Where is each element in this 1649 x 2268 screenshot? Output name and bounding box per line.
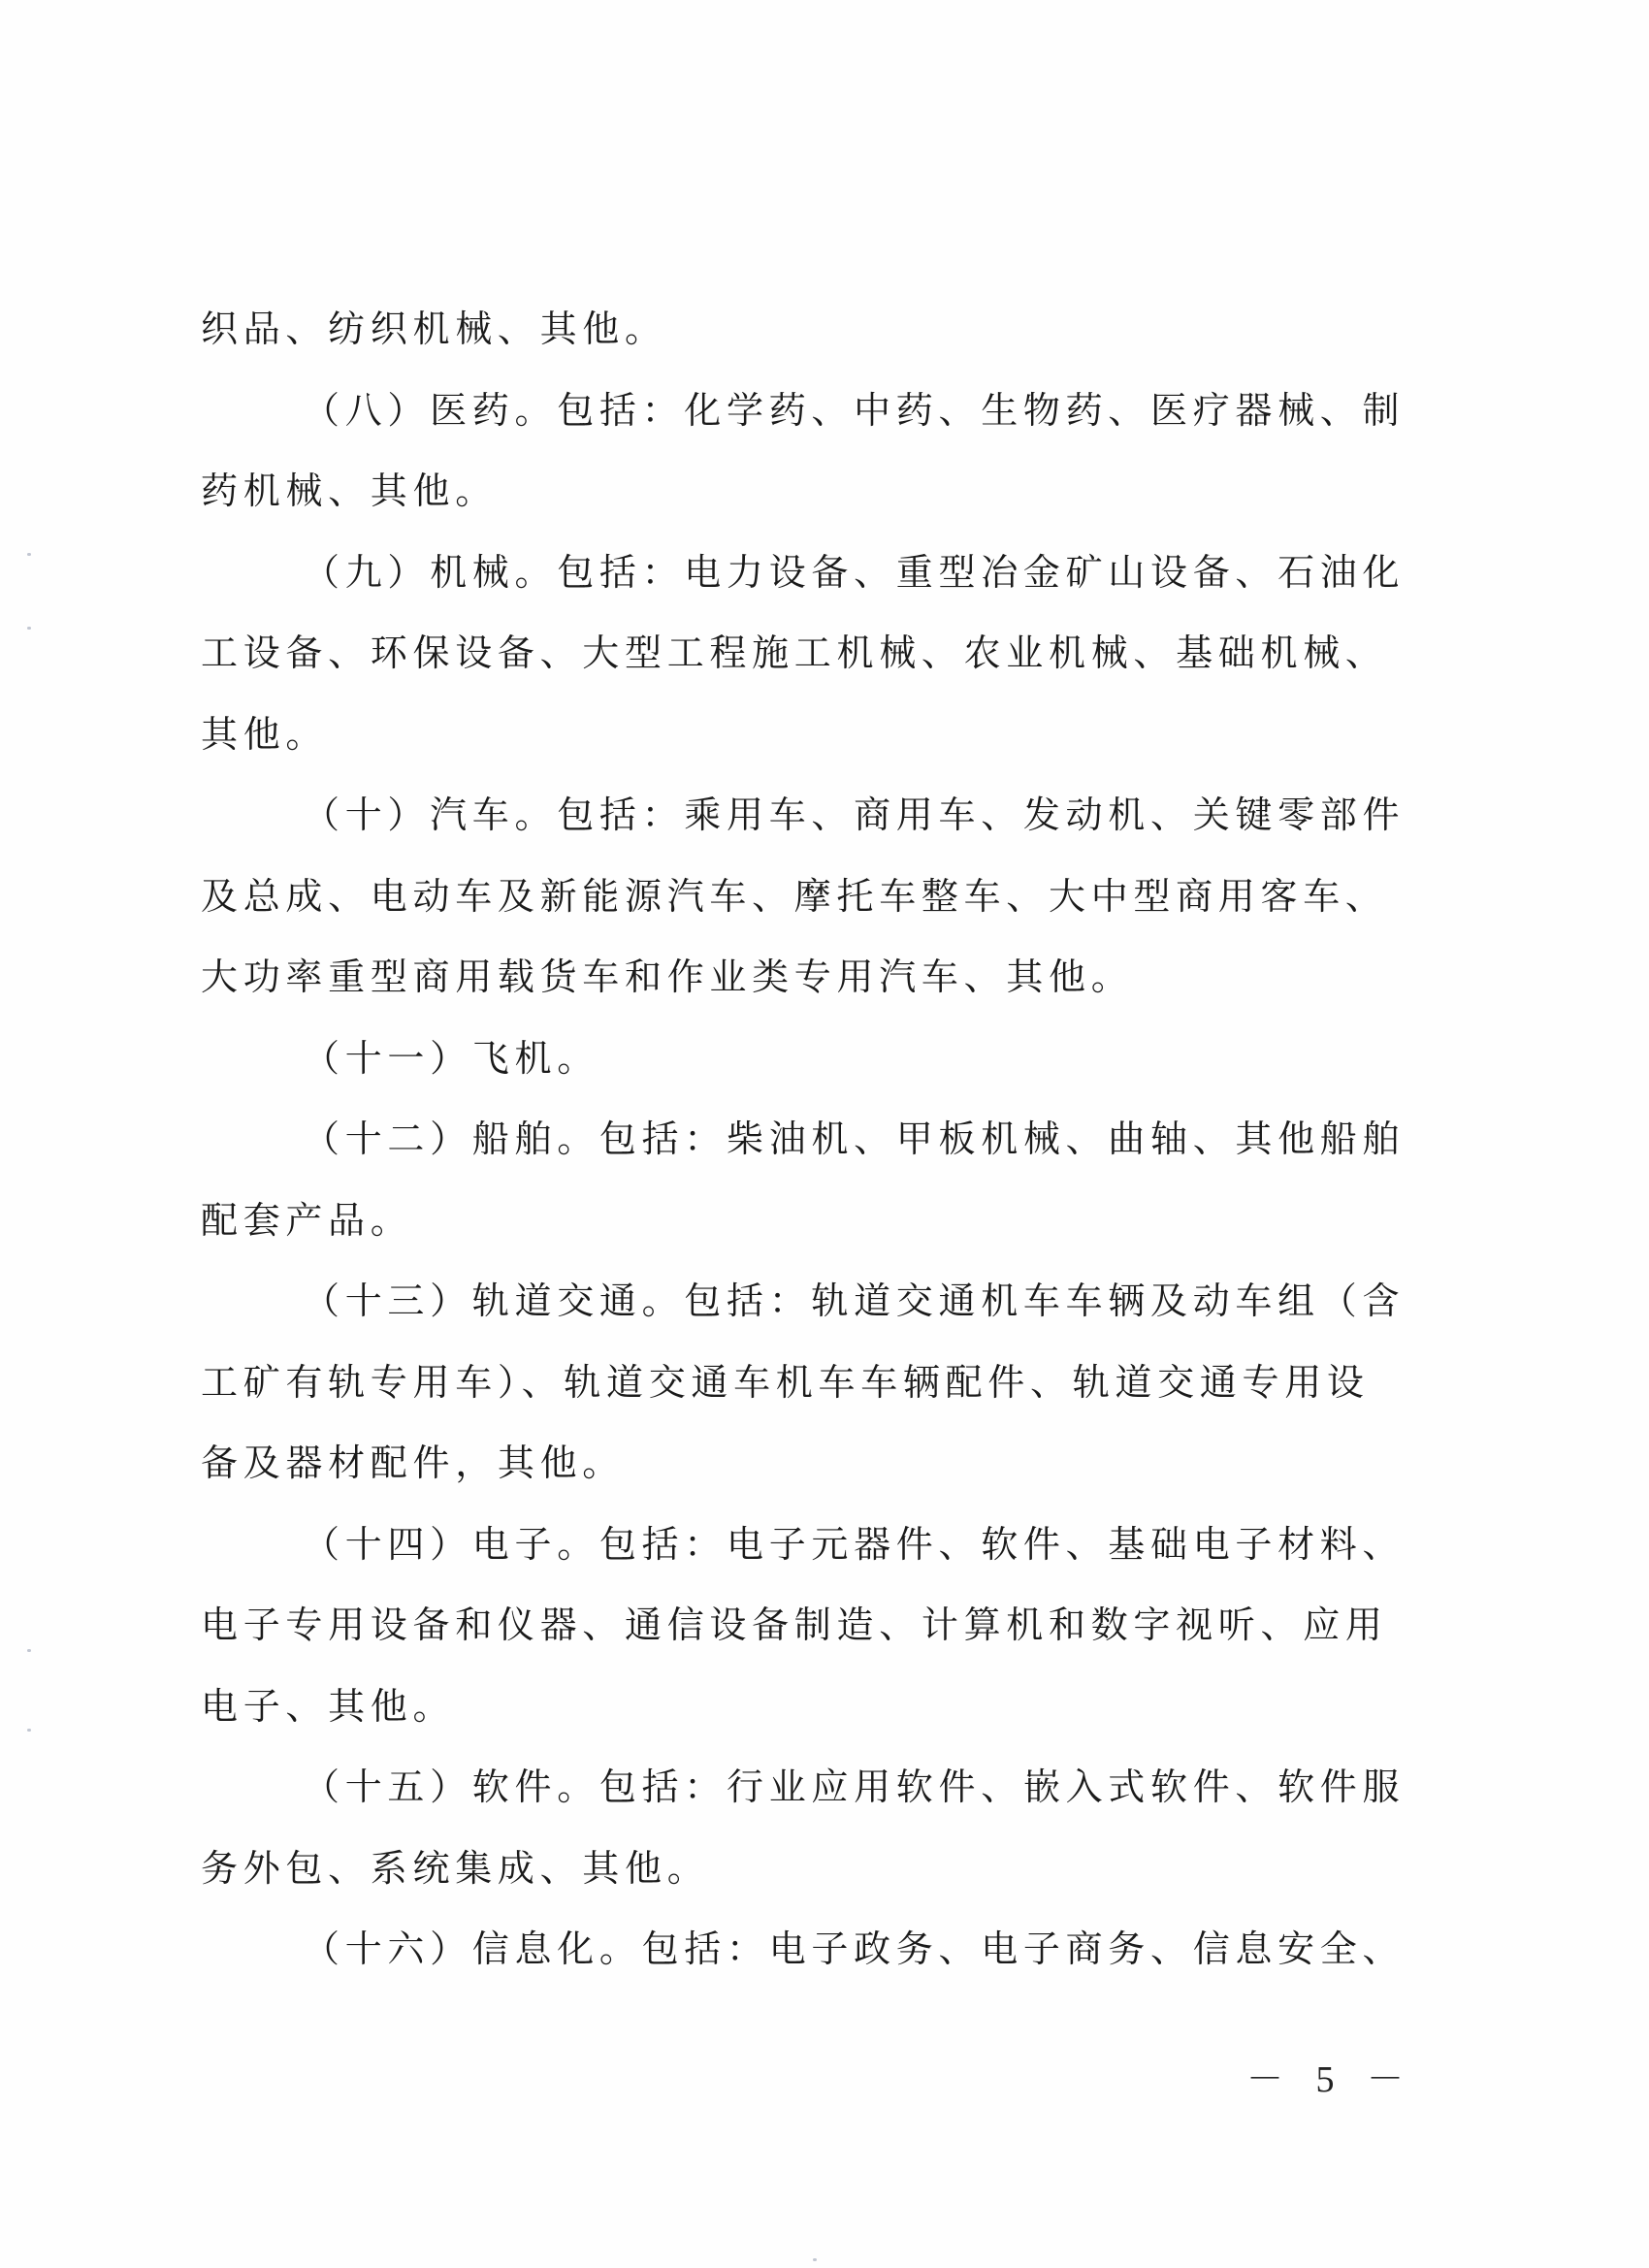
text-line: 大功率重型商用载货车和作业类专用汽车、其他。 xyxy=(201,937,1390,1019)
paragraph-heading-line: （十一）飞机。 xyxy=(201,1019,1390,1100)
text-line: 工设备、环保设备、大型工程施工机械、农业机械、基础机械、 xyxy=(201,613,1390,695)
paragraph-heading-line: （十二）船舶。包括：柴油机、甲板机械、曲轴、其他船舶 xyxy=(201,1099,1390,1181)
paragraph-heading-line: （九）机械。包括：电力设备、重型冶金矿山设备、石油化 xyxy=(201,533,1390,614)
text-line: 及总成、电动车及新能源汽车、摩托车整车、大中型商用客车、 xyxy=(201,857,1390,938)
scan-speck xyxy=(27,553,31,556)
paragraph-heading-line: （十三）轨道交通。包括：轨道交通机车车辆及动车组（含 xyxy=(201,1261,1390,1343)
text-line: 工矿有轨专用车）、轨道交通车机车车辆配件、轨道交通专用设 xyxy=(201,1343,1390,1424)
text-line: 药机械、其他。 xyxy=(201,451,1390,533)
scan-speck xyxy=(27,1729,31,1732)
document-page: 织品、纺织机械、其他。 （八）医药。包括：化学药、中药、生物药、医疗器械、制 药… xyxy=(0,0,1649,2268)
scan-speck xyxy=(813,2258,817,2261)
paragraph-heading-line: （十四）电子。包括：电子元器件、软件、基础电子材料、 xyxy=(201,1505,1390,1586)
scan-speck xyxy=(27,1649,31,1652)
text-line: 电子、其他。 xyxy=(201,1667,1390,1748)
page-number: － 5 － xyxy=(1246,2049,1415,2102)
body-text: 织品、纺织机械、其他。 （八）医药。包括：化学药、中药、生物药、医疗器械、制 药… xyxy=(201,289,1390,1991)
text-line: 配套产品。 xyxy=(201,1181,1390,1262)
text-line: 电子专用设备和仪器、通信设备制造、计算机和数字视听、应用 xyxy=(201,1585,1390,1667)
paragraph-heading-line: （十五）软件。包括：行业应用软件、嵌入式软件、软件服 xyxy=(201,1747,1390,1829)
text-line: 务外包、系统集成、其他。 xyxy=(201,1829,1390,1910)
text-line: 备及器材配件，其他。 xyxy=(201,1423,1390,1505)
paragraph-heading-line: （十六）信息化。包括：电子政务、电子商务、信息安全、 xyxy=(201,1909,1390,1991)
scan-speck xyxy=(27,627,31,630)
paragraph-heading-line: （八）医药。包括：化学药、中药、生物药、医疗器械、制 xyxy=(201,371,1390,452)
text-line: 其他。 xyxy=(201,695,1390,776)
paragraph-heading-line: （十）汽车。包括：乘用车、商用车、发动机、关键零部件 xyxy=(201,775,1390,857)
text-line: 织品、纺织机械、其他。 xyxy=(201,289,1390,371)
